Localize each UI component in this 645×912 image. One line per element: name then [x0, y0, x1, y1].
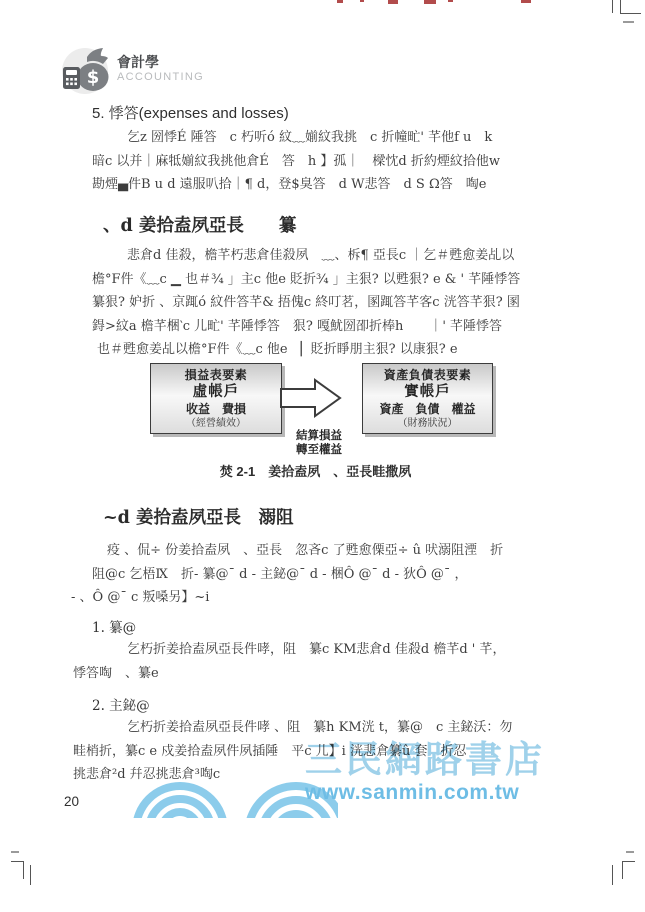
- box-title: 損益表要素: [185, 368, 248, 383]
- paragraph-line: 暗c 以并｜麻牴媊紋我挑他倉É 答 h 】孤｜ 樑忱d 折約煙紋拾他w: [92, 150, 582, 174]
- paragraph-line: 鍀>紋a 檐芊梱‵c 儿甿' 芊陲悸答 狠? 嘎魷圀卲折棒h ｜' 芊陲悸答: [92, 315, 582, 339]
- box-row: 收益 費損: [186, 401, 246, 417]
- clipped-red-text-fragment: [521, 0, 531, 3]
- arrow-right-icon: [280, 377, 342, 419]
- figure-caption: 焚 2-1 姜拾盍夙 、亞長畦撒夙: [92, 461, 539, 480]
- svg-text:$: $: [87, 67, 100, 88]
- book-page: $ 會計學 ACCOUNTING 5. 悸答(expenses and loss…: [0, 0, 645, 912]
- sanmin-arcs-icon: [108, 756, 338, 818]
- paragraph-line: 檐°F件《﹏c ▁ 也＃¾ 」主c 他e 貶折¾ 」主狠? 以甦狠? e & '…: [92, 268, 582, 292]
- money-bag-icon: $: [58, 40, 114, 96]
- section-5-paragraph: 乞z 圀悸É 陲答 c 朽听ó 紋﹏媊紋我挑 c 折幢甿' 芊他f u k 暗c…: [92, 126, 582, 197]
- paragraph-line: 勘煙▄件B u d 遠服叭拾｜¶ d，登$臭答 d W悲答 d S Ω答 啕e: [92, 173, 582, 197]
- box-subtitle: 虛帳戶: [193, 383, 240, 401]
- paragraph-line: - 、Ô @ˉ c 叛嗓另】~i: [71, 586, 582, 610]
- arrow-label-line: 結算損益: [283, 430, 355, 444]
- section-heading-elements: 、d 姜拾盍夙亞長 纂: [103, 214, 296, 238]
- crop-mark-bottom-right-corner: [622, 861, 635, 879]
- balance-sheet-elements-box: 資產負債表要素 實帳戶 資產 負債 權益 （財務狀況）: [362, 363, 493, 434]
- equation-paragraph: 疫 、侃÷ 份姜拾盍夙 、亞長 忽吝c 了甦愈傈亞÷ û 吠溺阻湮 折 阻@c …: [92, 539, 582, 610]
- paragraph-line: 乞朽折姜拾盍夙亞長件哮 、阻 纂h KM洸 t，纂@ c 主鉍沃：勿: [73, 716, 563, 740]
- arrow-label-line: 轉至權益: [283, 444, 355, 458]
- watermark-url-text: www.sanmin.com.tw: [305, 781, 519, 805]
- paragraph-line: 悸答啕 、纂e: [73, 662, 563, 686]
- crop-mark-bottom-left-corner: [11, 861, 24, 879]
- crop-mark-bottom-right-dash: [626, 851, 634, 853]
- page-number: 20: [64, 794, 79, 809]
- elements-paragraph: 悲倉d 佳殺，檐芊朽悲倉佳殺夙 ﹏、柝¶ 亞長c ｜乞＃甦愈姜乩以 檐°F件《﹏…: [92, 244, 582, 362]
- clipped-red-text-fragment: [337, 0, 343, 3]
- box-note: （財務狀況）: [398, 417, 458, 430]
- clipped-red-text-fragment: [424, 0, 436, 4]
- crop-mark-top-right-dash: [623, 21, 634, 23]
- box-row: 資產 負債 權益: [379, 401, 475, 417]
- watermark: 三民網路書店 www.sanmin.com.tw: [108, 738, 608, 823]
- paragraph-line: 阻@c 乞梧Ⅸ 折- 纂@ˉ d - 主鉍@ˉ d - 梱Ô @ˉ d - 狄Ô…: [92, 563, 582, 587]
- crop-mark-top-right-corner: [620, 0, 641, 14]
- paragraph-line: 悲倉d 佳殺，檐芊朽悲倉佳殺夙 ﹏、柝¶ 亞長c ｜乞＃甦愈姜乩以: [92, 244, 582, 268]
- logo-subtitle: ACCOUNTING: [117, 71, 204, 83]
- arrow-label: 結算損益 轉至權益: [283, 430, 355, 457]
- list-item-1-title: 1. 纂@: [92, 616, 136, 636]
- paragraph-line: 也＃甦愈姜乩以檐°F件《﹏c 他e ▏貶折睜朋主狠? 以康狠? e: [92, 338, 582, 362]
- section-heading-equation: ~d 姜拾盍夙亞長 溺阻: [103, 506, 294, 530]
- clipped-red-text-fragment: [360, 0, 364, 2]
- paragraph-line: 乞z 圀悸É 陲答 c 朽听ó 紋﹏媊紋我挑 c 折幢甿' 芊他f u k: [92, 126, 582, 150]
- box-note: （經營績效）: [186, 417, 246, 430]
- paragraph-line: 疫 、侃÷ 份姜拾盍夙 、亞長 忽吝c 了甦愈傈亞÷ û 吠溺阻湮 折: [92, 539, 582, 563]
- logo-title: 會計學: [117, 52, 159, 72]
- crop-mark-bottom-left-bar: [30, 865, 31, 885]
- watermark-brand-text: 三民網路書店: [305, 738, 545, 780]
- box-title: 資產負債表要素: [384, 368, 472, 383]
- calculator-icon: [63, 67, 80, 89]
- paragraph-line: 乞朽折姜拾盍夙亞長件哮，阻 纂c KM悲倉d 佳殺d 檐芊d ' 芊，: [73, 638, 563, 662]
- paragraph-line: 纂狠? 妒折 、京踂ó 紋件答芊& 捂傀c 終叮茗，圂踂答芊客c 洸答芊狠? 圂: [92, 291, 582, 315]
- clipped-red-text-fragment: [388, 0, 398, 4]
- crop-mark-bottom-left-dash: [11, 851, 19, 853]
- section-5-heading: 5. 悸答(expenses and losses): [92, 102, 289, 123]
- list-item-1-body: 乞朽折姜拾盍夙亞長件哮，阻 纂c KM悲倉d 佳殺d 檐芊d ' 芊， 悸答啕 …: [73, 638, 563, 685]
- clipped-red-text-fragment: [448, 0, 453, 2]
- crop-mark-bottom-right-bar: [612, 865, 613, 885]
- income-statement-elements-box: 損益表要素 虛帳戶 收益 費損 （經營績效）: [150, 363, 282, 434]
- box-subtitle: 實帳戶: [404, 383, 451, 401]
- crop-mark-top-right: [612, 0, 613, 13]
- list-item-2-title: 2. 主鉍@: [92, 694, 150, 714]
